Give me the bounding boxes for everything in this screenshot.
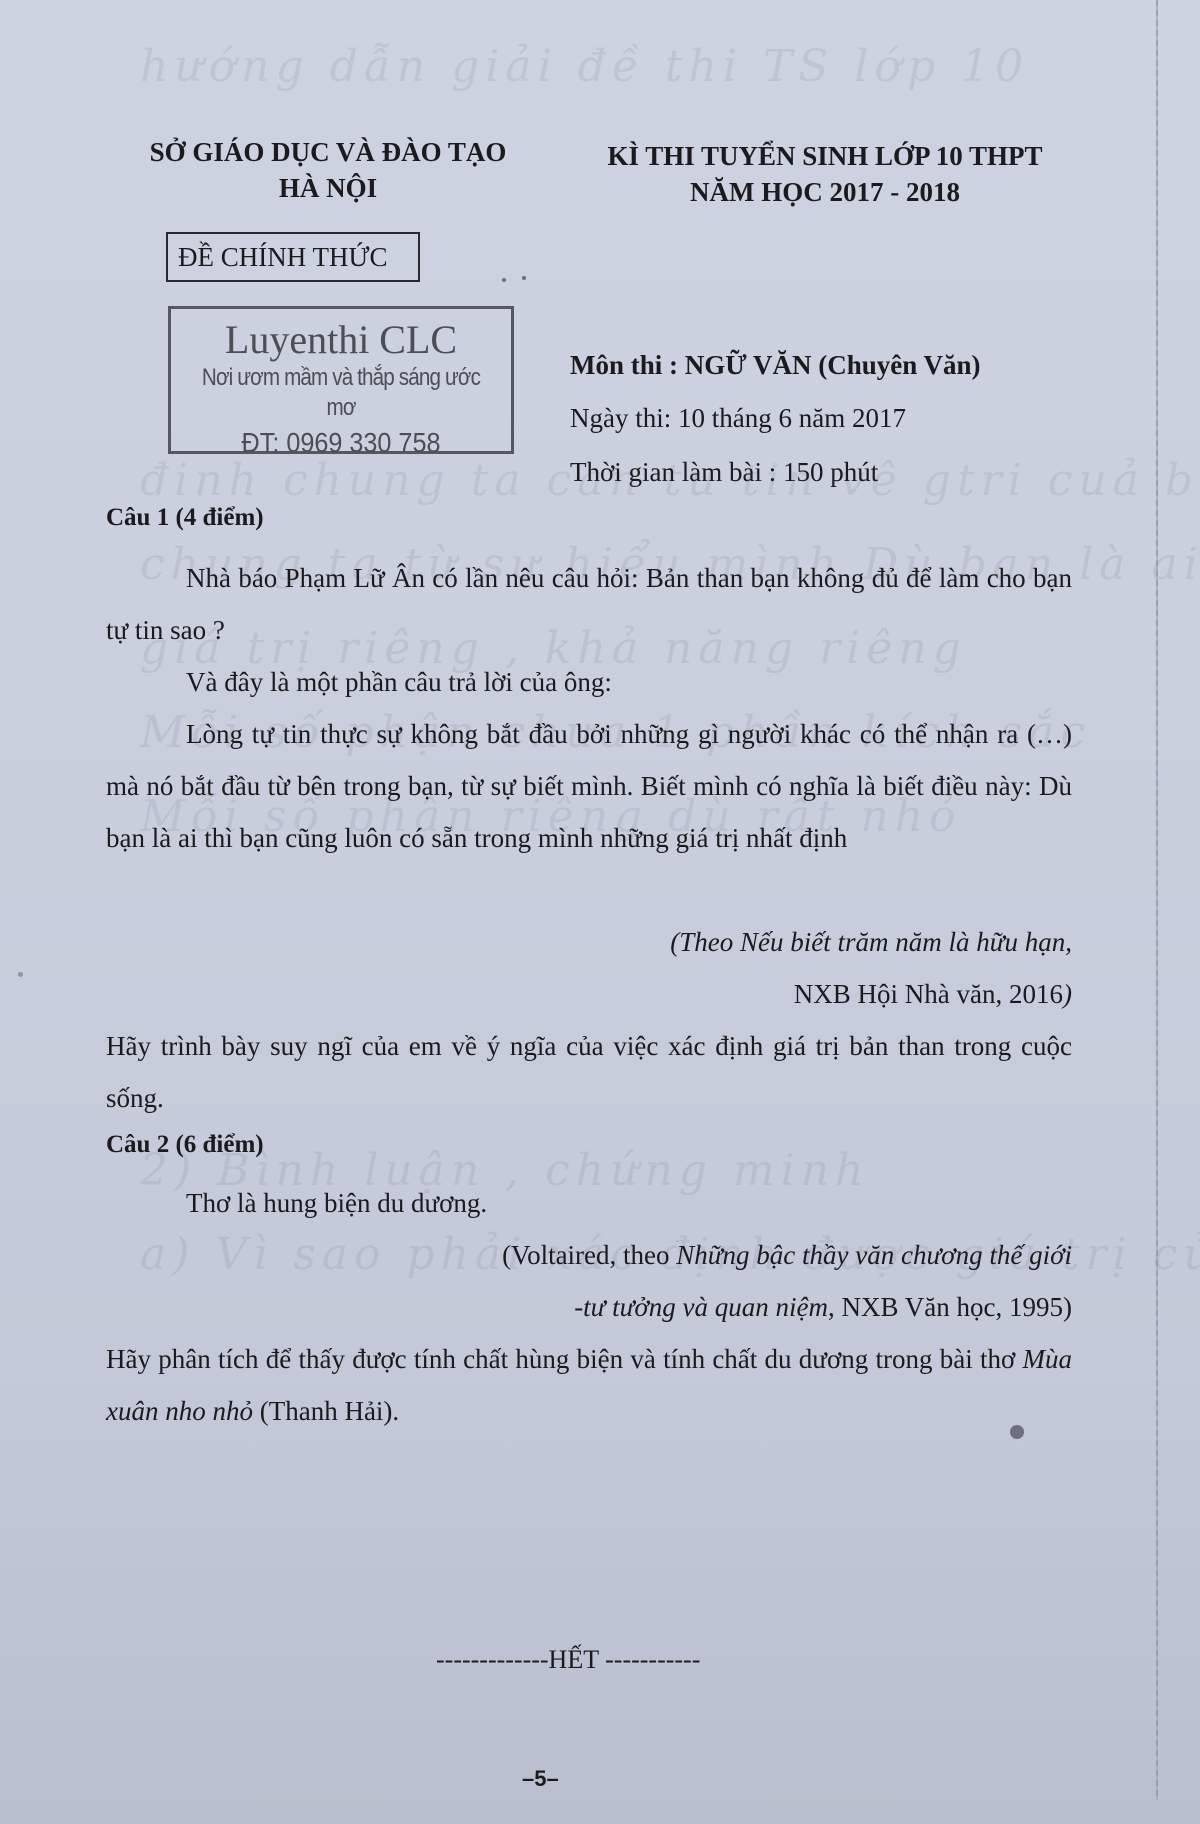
- ink-speck: [18, 972, 23, 977]
- exam-title-line-2: NĂM HỌC 2017 - 2018: [575, 174, 1075, 210]
- ink-speck: [1010, 1425, 1024, 1439]
- question-2-quote: Thơ là hung biện du dương.: [106, 1177, 1072, 1229]
- citation-prefix: (Voltaired, theo: [502, 1240, 676, 1270]
- citation-close: ): [1063, 979, 1072, 1009]
- prompt-text: Hãy phân tích để thấy được tính chất hùn…: [106, 1344, 1023, 1374]
- question-1-title: Câu 1 (4 điểm): [106, 501, 264, 535]
- question-1-lead: Và đây là một phần câu trả lời của ông:: [106, 656, 1072, 708]
- question-1-citation-line-1: (Theo Nếu biết trăm năm là hữu hạn,: [400, 916, 1072, 968]
- question-1-prompt: Hãy trình bày suy ngĩ của em về ý ngĩa c…: [106, 1020, 1072, 1124]
- question-1-intro: Nhà báo Phạm Lữ Ân có lần nêu câu hỏi: B…: [106, 552, 1072, 656]
- exam-date-line: Ngày thi: 10 tháng 6 năm 2017: [570, 400, 906, 436]
- authority-line-2: HÀ NỘI: [118, 170, 538, 206]
- subject-value: NGỮ VĂN (Chuyên Văn): [685, 350, 981, 380]
- exam-title: KÌ THI TUYỂN SINH LỚP 10 THPT NĂM HỌC 20…: [575, 138, 1075, 210]
- duration-label: Thời gian làm bài :: [570, 457, 776, 487]
- stamp-title: Luyenthi CLC: [171, 317, 511, 363]
- duration-value: 150 phút: [783, 457, 878, 487]
- citation-publisher: NXB Hội Nhà văn, 2016: [794, 979, 1063, 1009]
- citation-title-a: Những bậc thầy văn chương thế giới: [676, 1240, 1072, 1270]
- subject-label: Môn thi :: [570, 350, 678, 380]
- ink-speck: [502, 278, 506, 282]
- end-of-exam-marker: -------------HẾT -----------: [436, 1645, 700, 1675]
- question-2-citation-line-2: -tư tưởng và quan niệm, NXB Văn học, 199…: [400, 1281, 1072, 1333]
- official-exam-badge: ĐỀ CHÍNH THỨC: [166, 232, 420, 282]
- citation-title: Nếu biết trăm năm là hữu hạn,: [740, 927, 1072, 957]
- paper-fold-line: [1156, 0, 1158, 1800]
- citation-title-b: -tư tưởng và quan niệm: [574, 1292, 828, 1322]
- citation-prefix: (Theo: [670, 927, 740, 957]
- question-2-prompt: Hãy phân tích để thấy được tính chất hùn…: [106, 1333, 1072, 1437]
- date-value: 10 tháng 6 năm 2017: [678, 403, 906, 433]
- page-number: –5–: [522, 1766, 559, 1792]
- question-2-title: Câu 2 (6 điểm): [106, 1128, 264, 1162]
- stamp-phone: ĐT: 0969 330 758: [188, 423, 494, 463]
- ink-speck: [522, 276, 526, 280]
- exam-title-line-1: KÌ THI TUYỂN SINH LỚP 10 THPT: [575, 138, 1075, 174]
- issuing-authority: SỞ GIÁO DỤC VÀ ĐÀO TẠO HÀ NỘI: [118, 134, 538, 206]
- date-label: Ngày thi:: [570, 403, 671, 433]
- watermark-stamp: Luyenthi CLC Nơi ươm mầm và thắp sáng ướ…: [168, 306, 514, 454]
- question-1-citation-line-2: NXB Hội Nhà văn, 2016): [400, 968, 1072, 1020]
- question-2-citation-line-1: (Voltaired, theo Những bậc thầy văn chươ…: [400, 1229, 1072, 1281]
- subject-line: Môn thi : NGỮ VĂN (Chuyên Văn): [570, 347, 981, 383]
- authority-line-1: SỞ GIÁO DỤC VÀ ĐÀO TẠO: [118, 134, 538, 170]
- citation-suffix: , NXB Văn học, 1995): [828, 1292, 1072, 1322]
- duration-line: Thời gian làm bài : 150 phút: [570, 454, 878, 490]
- exam-paper: hướng dẫn giải đề thi TS lớp 10 đinh chu…: [0, 0, 1200, 1824]
- stamp-slogan: Nơi ươm mầm và thắp sáng ước mơ: [195, 363, 487, 423]
- question-1-quote: Lòng tự tin thực sự không bắt đầu bởi nh…: [106, 708, 1072, 864]
- prompt-author: (Thanh Hải).: [253, 1396, 399, 1426]
